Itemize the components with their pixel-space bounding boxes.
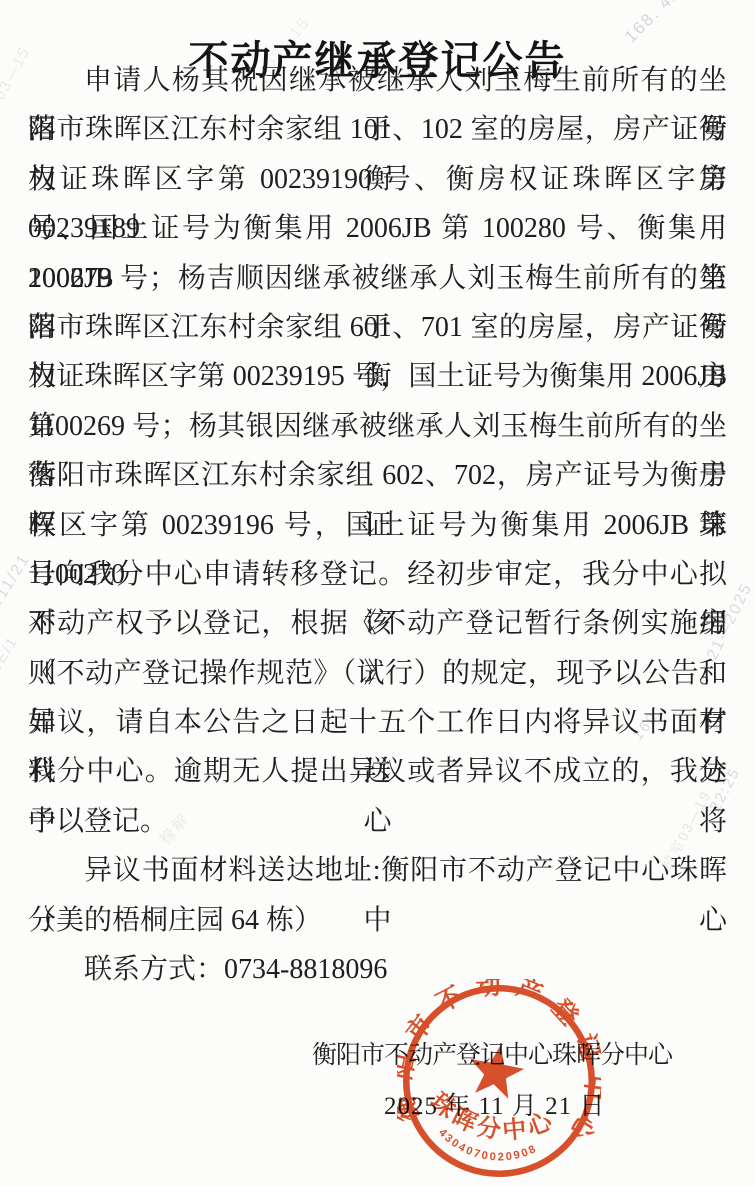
body-line: 100279 号；杨吉顺因继承被继承人刘玉梅生前所有的坐落于衡 [28,254,727,303]
scan-watermark-fragment: 2E/1 [0,633,22,675]
body-line: 权证珠晖区字第 00239190 号、衡房权证珠晖区字第 00239189 [28,155,727,204]
seal-code-text: 4304070020908 [433,1126,541,1172]
body-line: 1100269 号；杨其银因继承被继承人刘玉梅生前所有的坐落于 [28,402,727,451]
announcement-body: 申请人杨其祝因继承被继承人刘玉梅生前所有的坐落于衡阳市珠晖区江东村余家组 101… [28,56,727,994]
body-line: 阳市珠晖区江东村余家组 601、701 室的房屋，房产证号为衡房 [28,303,727,352]
body-line: 联系方式：0734-8818096 [28,945,727,994]
body-line: 异议，请自本公告之日起十五个工作日内将异议书面材料送达 [28,698,727,747]
body-line: 异议书面材料送达地址:衡阳市不动产登记中心珠晖分中心 [28,846,727,895]
body-line: 我分中心。逾期无人提出异议或者异议不成立的，我分中心将 [28,747,727,796]
issuer-name: 衡阳市不动产登记中心珠晖分中心 [312,1035,672,1071]
body-line: 衡阳市珠晖区江东村余家组 602、702，房产证号为衡房权证珠 [28,451,727,500]
official-seal-stamp: 衡阳市不动产登记中心 珠晖分中心 4304070020908 [397,979,601,1183]
body-line: 晖区字第 00239196 号，国土证号为衡集用 2006JB 第 110027… [28,501,727,550]
body-line: 号、国土证号为衡集用 2006JB 第 100280 号、衡集用 2006JB … [28,204,727,253]
body-line: 号向我分中心申请转移登记。经初步审定，我分中心拟对该房 [28,550,727,599]
body-line: 阳市珠晖区江东村余家组 101、102 室的房屋，房产证号为衡房 [28,105,727,154]
announcement-document: 168. 4203—15棉解03—1525/11/212E/121—202516… [0,0,755,1186]
body-line: 申请人杨其祝因继承被继承人刘玉梅生前所有的坐落于衡 [28,56,727,105]
body-line: 权证珠晖区字第 00239195 号，国土证号为衡集用 2006JB 第 [28,352,727,401]
issue-date: 2025 年 11 月 21 日 [384,1086,605,1122]
seal-ring [397,979,601,1183]
body-line: 不动产权予以登记，根据《不动产登记暂行条例实施细则》和 [28,599,727,648]
body-line: 《不动产登记操作规范》（试行）的规定，现予以公告。如有 [28,649,727,698]
